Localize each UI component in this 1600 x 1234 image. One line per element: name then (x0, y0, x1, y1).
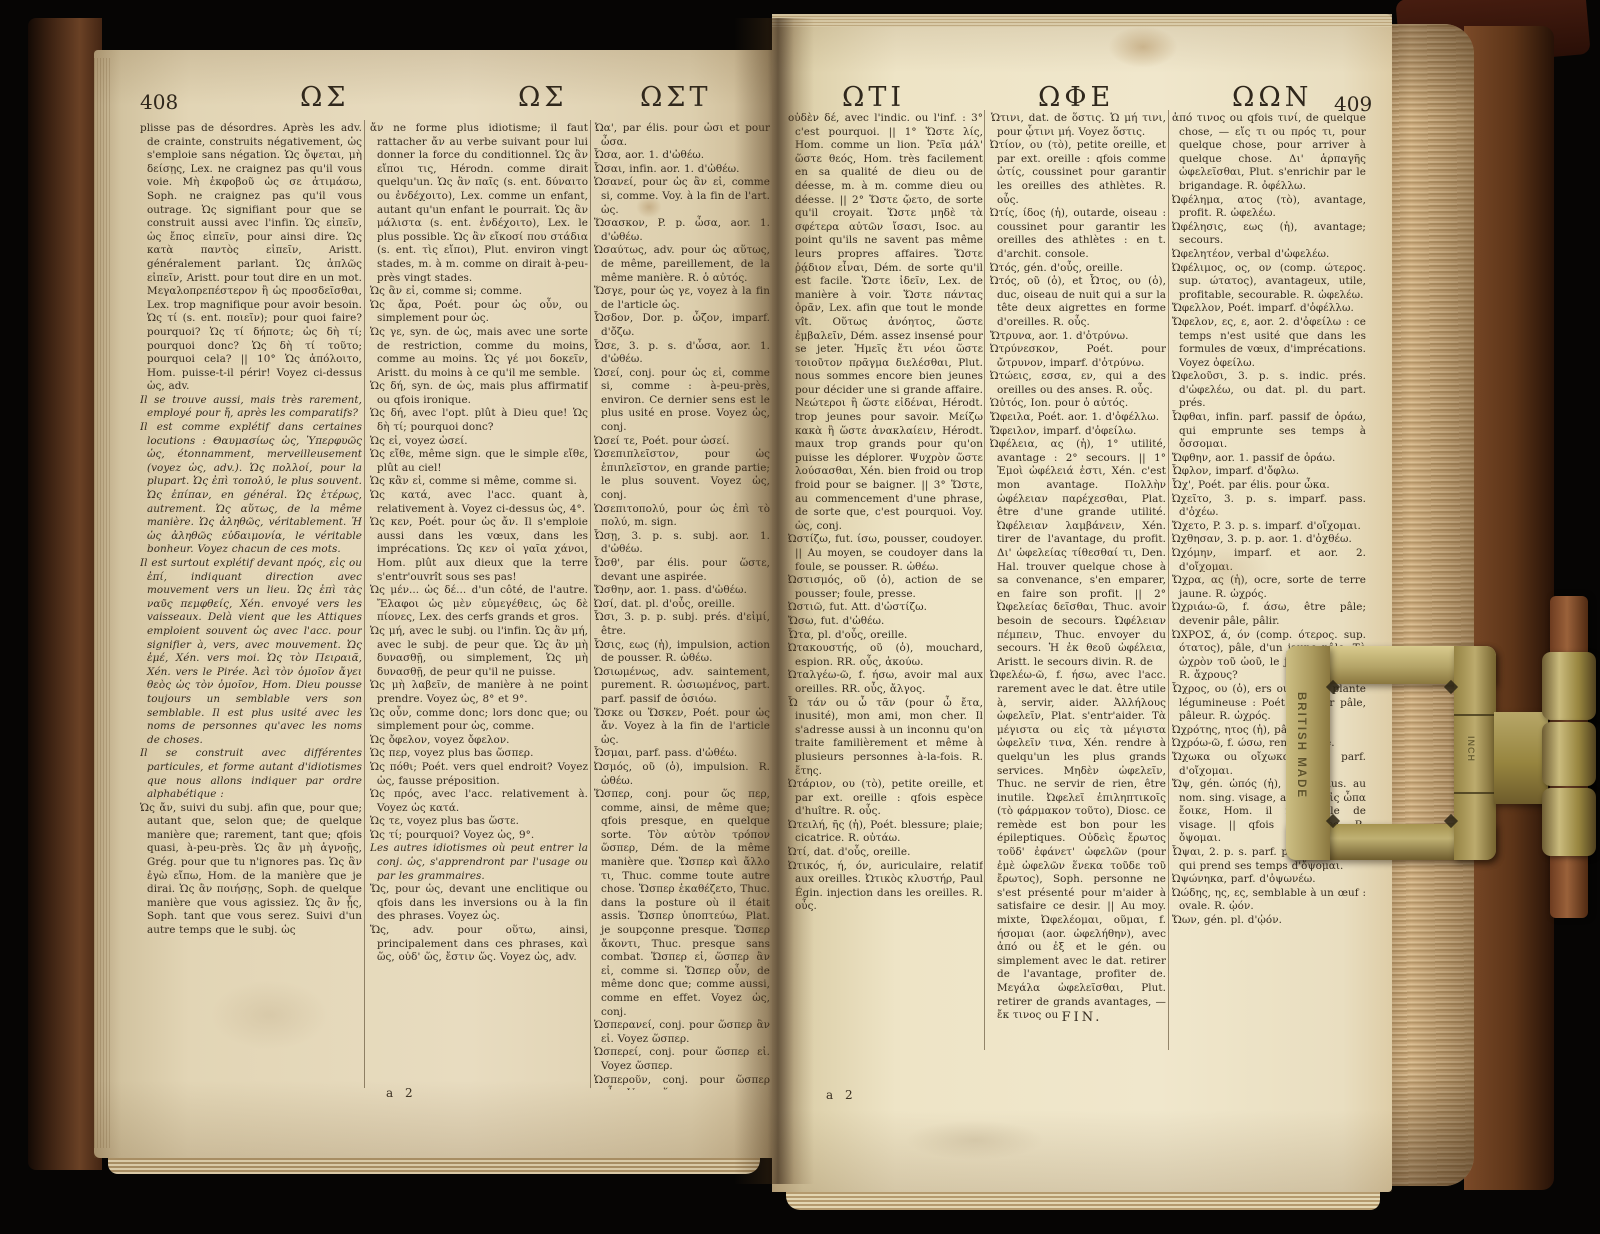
dictionary-paragraph: Ὤων, gén. pl. d'ᾠόν. (1172, 914, 1366, 928)
dictionary-paragraph: Ὠτρύνεσκον, Poét. pour ὤτρυνον, imparf. … (990, 343, 1166, 370)
clasp-slot-line (1454, 714, 1496, 716)
dictionary-paragraph: Ὡς τε, voyez plus bas ὥστε. (370, 815, 588, 829)
fin-marker: FIN. (772, 1010, 1392, 1025)
dictionary-paragraph: Ὡς κεν, Poét. pour ὡς ἄν. Il s'emploie a… (370, 516, 588, 584)
dictionary-paragraph: Il se trouve aussi, mais très rarement, … (140, 394, 362, 421)
dictionary-paragraph: Ὠτίς, ίδος (ἡ), outarde, oiseau : coussi… (990, 207, 1166, 261)
gutter-shadow (734, 18, 814, 1184)
dictionary-paragraph: Ὠχρότης, ητος (ἡ), pâleur. (1172, 724, 1366, 738)
dictionary-paragraph: Ὤφθην, aor. 1. passif de ὁράω. (1172, 452, 1366, 466)
dictionary-paragraph: Ὦ τάν ou ὦ τᾶν (pour ὦ ἔτα, inusité), mo… (788, 697, 983, 779)
dictionary-paragraph: Ὥς, adv. pour οὕτω, ainsi, principalemen… (370, 924, 588, 965)
dictionary-paragraph: Ὡς μή, avec le subj. ou l'infin. Ὡς ἂν μ… (370, 625, 588, 679)
dictionary-paragraph: plisse pas de désordres. Après les adv. … (140, 122, 362, 394)
dictionary-paragraph: Ὠχόμην, imparf. et aor. 2. d'οἴχομαι. (1172, 547, 1366, 574)
dictionary-paragraph: Ὡς εἴθε, même sign. que le simple εἴθε, … (370, 448, 588, 475)
clasp-frame-left (1286, 646, 1330, 860)
column-rule (590, 120, 591, 1088)
left-leather-cover (28, 18, 102, 1170)
dictionary-paragraph: Ὠστιῶ, fut. Att. d'ὠστίζω. (788, 601, 983, 615)
clasp-plate (1494, 712, 1548, 804)
dictionary-paragraph: Ὠστισμός, οῦ (ὁ), action de se pousser; … (788, 574, 983, 601)
dictionary-paragraph: Ὠτός, οῦ (ὁ), et Ὦτος, ου (ὁ), duc, oise… (990, 275, 1166, 329)
dictionary-paragraph: Ὡς δή, avec l'opt. plût à Dieu que! Ὡς δ… (370, 407, 588, 434)
dictionary-paragraph: Ὠψώνηκα, parf. d'ὀψωνέω. (1172, 873, 1366, 887)
running-head-right-col2: ΩΦΕ (1038, 82, 1114, 113)
dictionary-paragraph: Ὠχρόω-ῶ, f. ώσω, rendre pâle. (1172, 737, 1366, 751)
dictionary-paragraph: Ὡς οὖν, comme donc; lors donc que; ou si… (370, 707, 588, 734)
british-made-engraving: BRITISH MADE (1295, 692, 1307, 828)
dictionary-paragraph: Ὠτάριον, ου (τὸ), petite oreille, et par… (788, 778, 983, 819)
dictionary-paragraph: Ὠχθησαν, 3. p. p. aor. 1. d'ὀχθέω. (1172, 533, 1366, 547)
dictionary-paragraph: Ὤφελον, ες, ε, aor. 2. d'ὀφείλω : ce tem… (1172, 316, 1366, 370)
dictionary-paragraph: Ὡς δή, syn. de ὡς, mais plus affirmatif … (370, 380, 588, 407)
left-page: 408 ΩΣ ΩΣ ΩΣΤ plisse pas de désordres. A… (94, 50, 772, 1158)
hinge-barrel (1542, 722, 1596, 786)
dictionary-paragraph: Ὠφέλησις, εως (ἡ), avantage; secours. (1172, 221, 1366, 248)
dictionary-paragraph: Ὠτίον, ου (τὸ), petite oreille, et par e… (990, 139, 1166, 207)
dictionary-paragraph: Ὠφέλημα, ατος (τὸ), avantage, profit. R.… (1172, 194, 1366, 221)
dictionary-paragraph: Ὠτακουστής, οῦ (ὁ), mouchard, espion. RR… (788, 642, 983, 669)
dictionary-paragraph: Ὡς πόθι; Poét. vers quel endroit? Voyez … (370, 761, 588, 788)
dictionary-paragraph: Ὠφελητέον, verbal d'ὠφελέω. (1172, 248, 1366, 262)
dictionary-column: ἀπό τινος ou qfois τινί, de quelque chos… (1172, 112, 1366, 1087)
dictionary-paragraph: Ὠφέλεια, ας (ἡ), 1° utilité, avantage : … (990, 438, 1166, 669)
book-photograph: 408 ΩΣ ΩΣ ΩΣΤ plisse pas de désordres. A… (0, 0, 1600, 1234)
column-rule (984, 110, 985, 1050)
top-page-stack (772, 14, 1392, 27)
right-leather-cover (1464, 26, 1554, 1190)
dictionary-paragraph: Ὡς γε, syn. de ὡς, mais avec une sorte d… (370, 326, 588, 380)
dictionary-paragraph: Ὡς μέν... ὡς δέ... d'un côté, de l'autre… (370, 584, 588, 625)
dictionary-paragraph: Ὦτα, pl. d'οὖς, oreille. (788, 629, 983, 643)
right-page: ΩΤΙ ΩΦΕ ΩΩΝ 409 οὐδὲν δέ, avec l'indic. … (772, 14, 1392, 1192)
fore-edge-page-stack (1384, 24, 1474, 1186)
dictionary-paragraph: Ὡς ἂν εἰ, comme si; comme. (370, 285, 588, 299)
dictionary-paragraph: Ὦφθαι, infin. parf. passif de ὁράω, qui … (1172, 411, 1366, 452)
dictionary-paragraph: Ὤφελλον, Poét. imparf. d'ὀφέλλω. (1172, 302, 1366, 316)
dictionary-paragraph: Ὡς ἄρα, Poét. pour ὡς οὖν, ou simplement… (370, 299, 588, 326)
dictionary-paragraph: Ὠτειλή, ῆς (ἡ), Poét. blessure; plaie; c… (788, 819, 983, 846)
page-number-left: 408 (140, 90, 178, 114)
inch-engraving: INCH (1466, 736, 1476, 806)
running-head-left-col1: ΩΣ (300, 82, 349, 113)
running-head-left-col3: ΩΣΤ (640, 82, 711, 113)
dictionary-paragraph: ἀπό τινος ou qfois τινί, de quelque chos… (1172, 112, 1366, 194)
dictionary-paragraph: Ὧτινι, dat. de ὅστις. Ὧ μή τινι, pour ᾧτ… (990, 112, 1166, 139)
dictionary-paragraph: Ὦφλον, imparf. d'ὄφλω. (1172, 465, 1366, 479)
dictionary-paragraph: Ὡς ἄν, suivi du subj. afin que, pour que… (140, 802, 362, 938)
dictionary-paragraph: Ὠτικός, ή, όν, auriculaire, relatif aux … (788, 860, 983, 914)
dictionary-column: ἄν ne forme plus idiotisme; il faut ratt… (370, 122, 588, 1090)
dictionary-paragraph: Ὠχεῖτο, 3. p. s. imparf. pass. d'ὀχέω. (1172, 493, 1366, 520)
dictionary-paragraph: Ὠταλγέω-ῶ, f. ήσω, avoir mal aux oreille… (788, 669, 983, 696)
dictionary-paragraph: Il est surtout explétif devant πρός, εἰς… (140, 557, 362, 747)
dictionary-paragraph: Ὡς τί; pourquoi? Voyez ὡς, 9°. (370, 829, 588, 843)
running-head-left-col2: ΩΣ (518, 82, 567, 113)
dictionary-paragraph: Ὠώδης, ης, ες, semblable à un œuf : oval… (1172, 887, 1366, 914)
dictionary-paragraph: Ὡς εἰ, voyez ὡσεί. (370, 435, 588, 449)
dictionary-paragraph: Ὤτρυνα, aor. 1. d'ὀτρύνω. (990, 330, 1166, 344)
dictionary-paragraph: Ὠτί, dat. d'οὖς, oreille. (788, 846, 983, 860)
dictionary-paragraph: Ὡς περ, voyez plus bas ὥσπερ. (370, 747, 588, 761)
dictionary-paragraph: Ὤσω, fut. d'ὠθέω. (788, 615, 983, 629)
dictionary-paragraph: Ὤφειλον, imparf. d'ὀφείλω. (990, 425, 1166, 439)
dictionary-paragraph: Il est comme explétif dans certaines loc… (140, 421, 362, 557)
dictionary-column: οὐδὲν δέ, avec l'indic. ou l'inf. : 3° c… (788, 112, 983, 1087)
dictionary-paragraph: Ὤχρα, ας (ἡ), ocre, sorte de terre jaune… (1172, 574, 1366, 601)
signature-mark-left: a 2 (386, 1086, 417, 1100)
column-rule (364, 120, 365, 1088)
dictionary-paragraph: Ὡς κατά, avec l'acc. quant à, relativeme… (370, 489, 588, 516)
dictionary-paragraph: Ὠφέλιμος, ος, ον (comp. ώτερος. sup. ώτα… (1172, 262, 1366, 303)
running-head-right-col1: ΩΤΙ (842, 82, 905, 113)
left-page-edge-striation (94, 58, 110, 1148)
dictionary-paragraph: οὐδὲν δέ, avec l'indic. ou l'inf. : 3° c… (788, 112, 983, 533)
dictionary-paragraph: Ὡς ὄφελον, voyez ὄφελον. (370, 734, 588, 748)
dictionary-paragraph: Ὦχ', Poét. par élis. pour ὦκα. (1172, 479, 1366, 493)
dictionary-column: plisse pas de désordres. Après les adv. … (140, 122, 362, 1090)
dictionary-paragraph: Ὤφειλα, Poét. aor. 1. d'ὀφέλλω. (990, 411, 1166, 425)
dictionary-paragraph: Ὠφελοῦσι, 3. p. s. indic. prés. d'ὠφελέω… (1172, 370, 1366, 411)
dictionary-paragraph: Ὠτός, gén. d'οὖς, oreille. (990, 262, 1166, 276)
dictionary-paragraph: Ὤχωκα ou οἴχωκα, Ion. parf. d'οἴχομαι. (1172, 751, 1366, 778)
dictionary-paragraph: Il se construit avec différentes particu… (140, 747, 362, 801)
dictionary-paragraph: Ὥς, pour ὡς, devant une enclitique ou qf… (370, 883, 588, 924)
dictionary-paragraph: Ὡς μὴ λαβεῖν, de manière à ne point pren… (370, 679, 588, 706)
dictionary-paragraph: Ὠστίζω, fut. ίσω, pousser, coudoyer. || … (788, 533, 983, 574)
clasp-slot-line (1454, 792, 1496, 794)
dictionary-paragraph: Ὠχριάω-ῶ, f. άσω, être pâle; devenir pâl… (1172, 601, 1366, 628)
fore-edge-shading (1384, 24, 1474, 1186)
dictionary-paragraph: Ὤχετο, P. 3. p. s. imparf. d'οἴχομαι. (1172, 520, 1366, 534)
signature-mark-right: a 2 (826, 1088, 857, 1102)
running-head-right-col3: ΩΩΝ (1232, 82, 1312, 113)
dictionary-paragraph: Ὡὐτός, Ion. pour ὁ αὐτός. (990, 397, 1166, 411)
hinge-barrel (1542, 652, 1596, 720)
column-rule (1168, 110, 1169, 1050)
dictionary-paragraph: Ὡς κἂν εἰ, comme si même, comme si. (370, 475, 588, 489)
dictionary-paragraph: ἄν ne forme plus idiotisme; il faut ratt… (370, 122, 588, 285)
dictionary-paragraph: Ὡς πρός, avec l'acc. relativement à. Voy… (370, 788, 588, 815)
hinge-barrel (1542, 788, 1596, 856)
dictionary-column: Ὧτινι, dat. de ὅστις. Ὧ μή τινι, pour ᾧτ… (990, 112, 1166, 1087)
dictionary-paragraph: Ὠφελέω-ῶ, f. ήσω, avec l'acc. rarement a… (990, 669, 1166, 1022)
dictionary-paragraph: Ὠτώεις, εσσα, εν, qui a des oreilles ou … (990, 370, 1166, 397)
dictionary-paragraph: Les autres idiotismes où peut entrer la … (370, 842, 588, 883)
